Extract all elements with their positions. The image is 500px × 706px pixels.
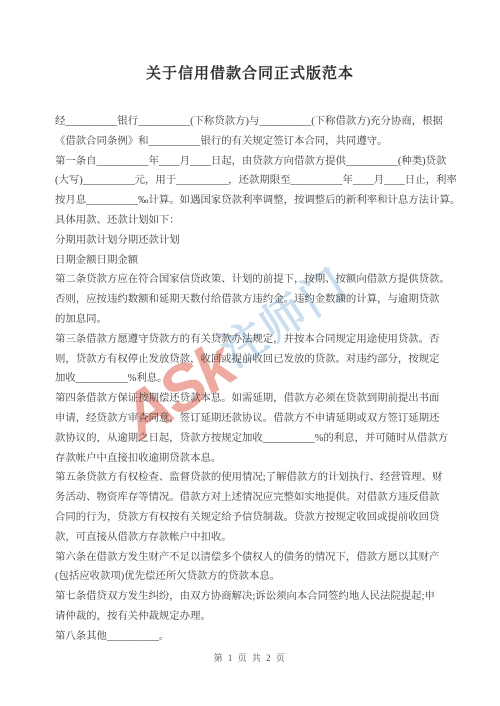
body-line: 第五条贷款方有权检查、监督贷款的使用情况;了解借款方的计划执行、经营管理、财 — [55, 468, 453, 488]
body-line: 务活动、物资库存等情况。借款方对上述情况应完整如实地提供。对借款方违反借款 — [55, 488, 453, 508]
body-line: 申请，经贷款方审查同意，签订延期还款协议。借款方不申请延期或双方签订延期还 — [55, 409, 453, 429]
body-line: 第二条贷款方应在符合国家信贷政策、计划的前提下，按期、按额向借款方提供贷款。 — [55, 270, 453, 290]
body-line: 请仲裁的，按有关仲裁规定办理。 — [55, 607, 453, 627]
body-line: 款，可直接从借款方存款帐户中扣收。 — [55, 528, 453, 548]
body-line: 分期用款计划分期还款计划 — [55, 231, 453, 251]
body-line: 日期金额日期金额 — [55, 251, 453, 271]
body-line: 款协议的，从逾期之日起，贷款方按规定加收__________%的利息，并可随时从… — [55, 429, 453, 449]
body-line: 的加息同。 — [55, 310, 453, 330]
body-line: 合同的行为，贷款方有权按有关规定给予信贷制裁。贷款方按规定收回或提前收回贷 — [55, 508, 453, 528]
body-line: 存款帐户中直接扣收逾期贷款本息。 — [55, 449, 453, 469]
body-line: 《借款合同条例》和__________银行的有关规定签订本合同，共同遵守。 — [55, 132, 453, 152]
document-body: 经__________银行__________(下称贷款方)与_________… — [55, 112, 453, 647]
body-line: 第一条自__________年____月____日起，由贷款方向借款方提供___… — [55, 152, 453, 172]
body-line: 经__________银行__________(下称贷款方)与_________… — [55, 112, 453, 132]
body-line: 按月息__________‰计算。如遇国家贷款利率调整，按调整后的新利率和计息方… — [55, 191, 453, 211]
body-line: 则，贷款方有权停止发放贷款，收回或提前收回已发放的贷款。对违约部分，按规定 — [55, 350, 453, 370]
page-number: 第 1 页 共 2 页 — [0, 651, 500, 664]
contract-page: ASk注师门 关于信用借款合同正式版范本 经__________银行______… — [0, 0, 500, 706]
body-line: 第四条借款方保证按期偿还贷款本息。如需延期，借款方必须在贷款到期前提出书面 — [55, 389, 453, 409]
body-line: 第三条借款方愿遵守贷款方的有关贷款办法规定，并按本合同规定用途使用贷款。否 — [55, 330, 453, 350]
body-line: (大写)__________元，用于__________，还款期限至______… — [55, 171, 453, 191]
body-line: 第六条在借款方发生财产不足以清偿多个债权人的债务的情况下，借款方愿以其财产 — [55, 548, 453, 568]
document-title: 关于信用借款合同正式版范本 — [0, 62, 500, 83]
body-line: 具体用款、还款计划如下： — [55, 211, 453, 231]
body-line: 第八条其他__________。 — [55, 627, 453, 647]
body-line: 加收__________%利息。 — [55, 369, 453, 389]
body-line: 否则，应按违约数额和延期天数付给借款方违约金。违约金数额的计算，与逾期贷款 — [55, 290, 453, 310]
body-line: (包括应收款项)优先偿还所欠贷款方的贷款本息。 — [55, 567, 453, 587]
body-line: 第七条借贷双方发生纠纷，由双方协商解决;诉讼须向本合同签约地人民法院提起;申 — [55, 587, 453, 607]
